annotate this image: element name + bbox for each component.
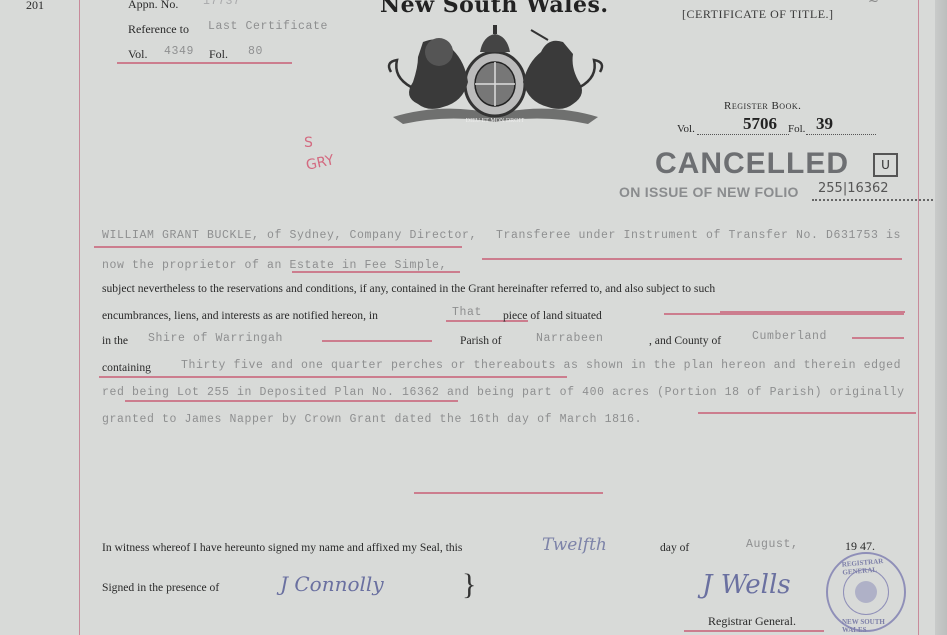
shire-rule (322, 340, 432, 342)
transfer-instrument: Transferee under Instrument of Transfer … (496, 229, 901, 242)
page-edge (935, 0, 947, 635)
estate-underline (292, 271, 460, 273)
piece-of-land-label: piece of land situated (503, 309, 602, 322)
county-rule (852, 337, 904, 339)
svg-text:DIEU ET MON DROIT: DIEU ET MON DROIT (466, 118, 525, 124)
area-description: Thirty five and one quarter perches or t… (181, 359, 901, 372)
register-vol-label: Vol. (677, 123, 695, 135)
right-margin-line (918, 0, 919, 635)
reference-label: Reference to (128, 22, 189, 37)
in-the-label: in the (102, 334, 128, 347)
registrar-seal-icon: REGISTRAR GENERAL NEW SOUTH WALES (826, 552, 906, 632)
containing-label: containing (102, 361, 151, 374)
registrar-underline (684, 630, 824, 632)
document-type: [CERTIFICATE OF TITLE.] (682, 7, 834, 22)
register-fol-value: 39 (816, 114, 833, 134)
royal-coat-of-arms-icon: DIEU ET MON DROIT (383, 22, 608, 130)
day-of-label: day of (660, 541, 689, 554)
end-of-description-rule (414, 492, 603, 494)
pencil-note-gry: GRY (305, 152, 336, 174)
pencil-note-s: S (304, 135, 313, 151)
page-number: 201 (26, 0, 44, 13)
parish-label: Parish of (460, 334, 502, 347)
grant-description: granted to James Napper by Crown Grant d… (102, 413, 642, 426)
registrar-general-label: Registrar General. (708, 614, 796, 629)
register-fol-dots (806, 134, 876, 135)
register-vol-dots (697, 134, 789, 135)
register-book-label: Register Book. (724, 100, 801, 112)
new-folio-value: 255|16362 (818, 181, 889, 196)
header-underline (117, 62, 292, 64)
lot-description: red being Lot 255 in Deposited Plan No. … (102, 386, 905, 399)
parish-value: Narrabeen (536, 332, 604, 345)
brace-icon: } (462, 568, 476, 602)
registrar-signature: J Wells (702, 570, 791, 600)
shire-value: Shire of Warringah (148, 332, 283, 345)
appn-value: 17737 (203, 0, 241, 8)
reservations-clause: subject nevertheless to the reservations… (102, 282, 715, 295)
that-typed: That (452, 306, 482, 319)
county-label: , and County of (649, 334, 721, 347)
certificate-page: 201 Appn. No. 17737 Reference to Last Ce… (0, 0, 935, 635)
reference-value: Last Certificate (208, 20, 328, 33)
line8-rule (698, 412, 916, 414)
area-underline (99, 376, 567, 378)
pencil-mark-corner: ~ (868, 0, 879, 9)
encumbrances-clause: encumbrances, liens, and interests as ar… (102, 309, 378, 322)
line4-rule (664, 313, 904, 315)
county-value: Cumberland (752, 330, 827, 343)
cancelled-checkbox: U (873, 153, 898, 177)
header-vol-value: 4349 (164, 45, 194, 58)
state-title: New South Wales. (380, 0, 609, 18)
left-margin-line (79, 0, 80, 635)
witness-signature: J Connolly (280, 572, 384, 596)
new-folio-dots (812, 199, 940, 201)
appn-label: Appn. No. (128, 0, 178, 12)
day-value-handwritten: Twelfth (542, 535, 607, 555)
register-fol-label: Fol. (788, 123, 805, 135)
line2-rule (482, 258, 902, 260)
new-folio-stamp-label: ON ISSUE OF NEW FOLIO (619, 184, 799, 200)
signed-in-presence-label: Signed in the presence of (102, 581, 219, 594)
header-fol-label: Fol. (209, 47, 228, 62)
name-underline (94, 246, 462, 248)
cancelled-stamp: CANCELLED (655, 147, 849, 181)
proprietor-name: WILLIAM GRANT BUCKLE, of Sydney, Company… (102, 229, 477, 242)
lot-underline (125, 400, 458, 402)
header-vol-label: Vol. (128, 47, 147, 62)
month-value: August, (746, 538, 799, 551)
register-vol-value: 5706 (743, 114, 777, 134)
witness-clause: In witness whereof I have hereunto signe… (102, 541, 462, 554)
header-fol-value: 80 (248, 45, 263, 58)
